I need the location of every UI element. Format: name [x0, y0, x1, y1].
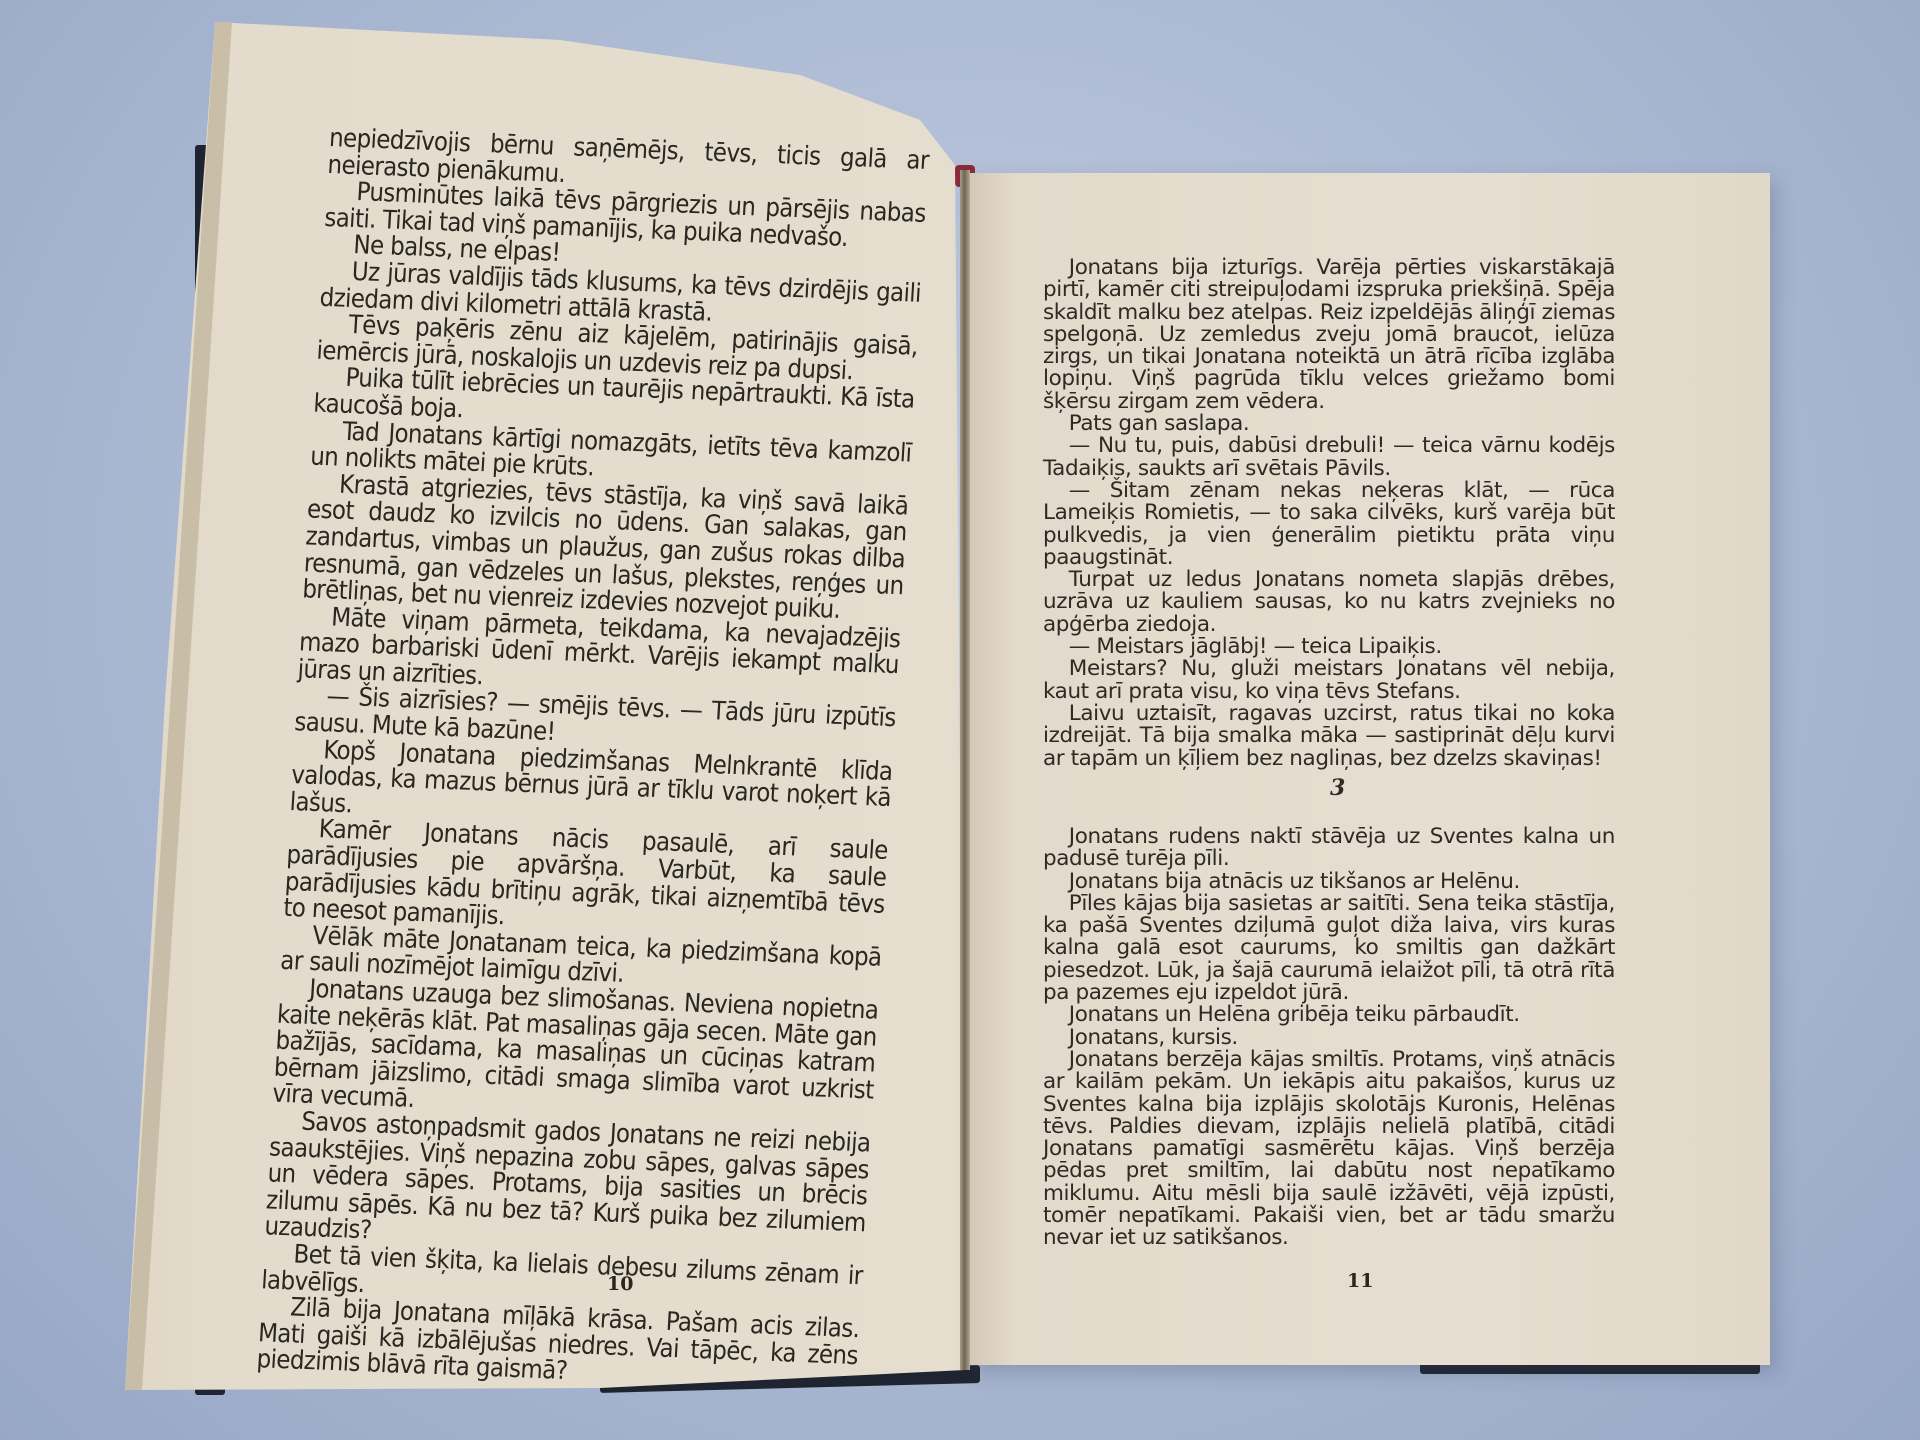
paragraph: Jonatans bija izturīgs. Varēja pērties v…	[1043, 257, 1615, 413]
left-page-number: 10	[607, 1273, 633, 1295]
right-page-text: Jonatans bija izturīgs. Varēja pērties v…	[1043, 257, 1615, 770]
paragraph: Krastā atgriezies, tēvs stāstīja, ka viņ…	[302, 470, 909, 626]
right-page-number: 11	[1347, 1270, 1373, 1292]
paragraph: — Meistars jāglābj! — teica Lipaiķis.	[1043, 636, 1615, 658]
paragraph: — Šitam zēnam nekas neķeras klāt, — rūca…	[1043, 480, 1615, 569]
paragraph: Jonatans, kursis.	[1043, 1027, 1615, 1049]
paragraph: Pīles kājas bija sasietas ar saitīti. Se…	[1043, 893, 1615, 1004]
paragraph: Meistars? Nu, gluži meistars Jonatans vē…	[1043, 658, 1615, 703]
paragraph: Jonatans uzauga bez slimošanas. Neviena …	[272, 975, 879, 1131]
paragraph: — Nu tu, puis, dabūsi drebuli! — teica v…	[1043, 435, 1615, 480]
chapter-number: 3	[1330, 775, 1345, 801]
left-page-text: nepiedzīvojis bērnu saņēmējs, tēvs, tici…	[256, 125, 930, 1396]
paragraph: Savos astoņpadsmit gados Jonatans ne rei…	[264, 1107, 871, 1263]
paragraph: Laivu uztaisīt, ragavas uzcirst, ratus t…	[1043, 703, 1615, 770]
paragraph: Jonatans berzēja kājas smiltīs. Protams,…	[1043, 1049, 1615, 1250]
paragraph: Jonatans bija atnācis uz tikšanos ar Hel…	[1043, 871, 1615, 893]
right-page-chapter-text: Jonatans rudens naktī stāvēja uz Sventes…	[1043, 826, 1615, 1250]
paragraph: Pats gan saslapa.	[1043, 413, 1615, 435]
paragraph: Turpat uz ledus Jonatans nometa slapjās …	[1043, 569, 1615, 636]
paragraph: Jonatans un Helēna gribēja teiku pārbaud…	[1043, 1004, 1615, 1026]
paragraph: Jonatans rudens naktī stāvēja uz Sventes…	[1043, 826, 1615, 871]
book-gutter	[960, 170, 970, 1370]
